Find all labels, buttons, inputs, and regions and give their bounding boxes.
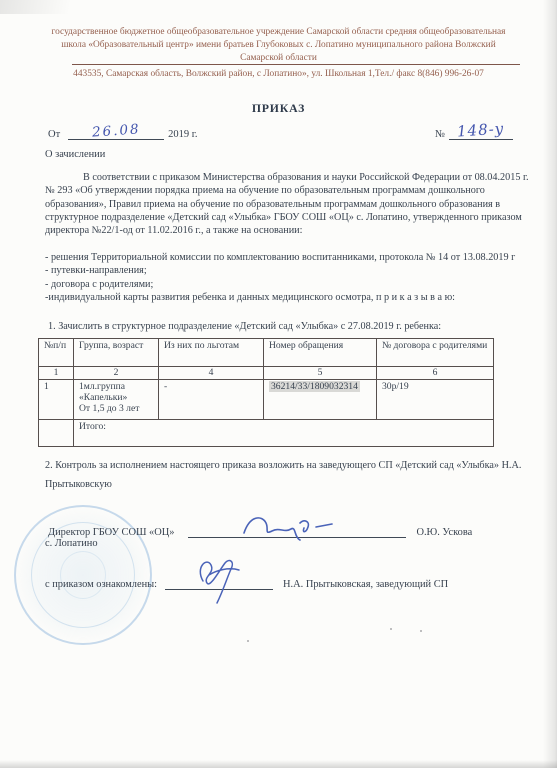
application-number-value: 36214/33/1809032314 [269, 381, 360, 392]
page-edge-shadow-right [543, 0, 557, 768]
total-label-cell: Итого: [74, 420, 494, 447]
acknowledgment-signature-scribble-icon [189, 553, 249, 605]
table-header-cell: № договора с родителями [377, 339, 494, 367]
scan-speck [390, 628, 392, 630]
number-prefix-label: № [435, 129, 445, 140]
table-column-number-row: 1 2 4 5 6 [39, 367, 494, 380]
enrollment-table: №п/п Группа, возраст Из них по льготам Н… [38, 338, 494, 447]
basis-list: - решения Территориальной комиссии по ко… [45, 251, 531, 304]
acknowledgment-label: с приказом ознакомлены: [45, 579, 157, 590]
scanned-order-document: государственное бюджетное общеобразовате… [0, 0, 557, 768]
column-number-cell: 2 [74, 367, 159, 380]
table-header-row: №п/п Группа, возраст Из них по льготам Н… [39, 339, 494, 367]
basis-item: - договора с родителями; [45, 278, 531, 291]
date-prefix-label: От [48, 129, 60, 140]
director-signature-scribble-icon [236, 509, 356, 541]
document-title: ПРИКАЗ [0, 101, 557, 116]
column-number-cell: 4 [159, 367, 264, 380]
column-number-cell: 1 [39, 367, 74, 380]
table-header-cell: Группа, возраст [74, 339, 159, 367]
table-total-row: Итого: [39, 420, 494, 447]
director-name: О.Ю. Ускова [416, 527, 472, 538]
scan-speck [247, 640, 249, 642]
director-label: Директор ГБОУ СОШ «ОЦ» [48, 527, 174, 538]
handwritten-order-number: 148-у [457, 119, 506, 140]
date-year-label: 2019 г. [168, 129, 197, 140]
handwritten-date: 26.08 [91, 121, 141, 140]
address-contact-line: 443535, Самарская область, Волжский райо… [30, 69, 527, 79]
acknowledgment-name: Н.А. Прытыковская, заведующий СП [283, 579, 448, 590]
column-number-cell: 6 [377, 367, 494, 380]
acknowledgment-row: с приказом ознакомлены: Н.А. Прытыковска… [45, 576, 517, 590]
director-signature-line [188, 524, 406, 538]
director-location: с. Лопатино [45, 538, 98, 549]
contract-number-cell: 30р/19 [377, 380, 494, 420]
row-number-cell: 1 [39, 380, 74, 420]
date-underline: 26.08 [68, 123, 164, 140]
table-header-cell: Номер обращения [264, 339, 377, 367]
group-age-cell: 1мл.группа «Капельки» От 1,5 до 3 лет [74, 380, 159, 420]
privileges-cell: - [159, 380, 264, 420]
director-signature-row: Директор ГБОУ СОШ «ОЦ» О.Ю. Ускова [48, 524, 517, 538]
preamble-paragraph: В соответствии с приказом Министерства о… [45, 171, 529, 237]
table-header-cell: Из них по льготам [159, 339, 264, 367]
acknowledgment-signature-line [165, 576, 273, 590]
subject-line: О зачислении [45, 149, 105, 160]
letterhead-divider-line [72, 64, 520, 65]
scan-speck [420, 630, 422, 632]
column-number-cell: 5 [264, 367, 377, 380]
basis-item: - решения Территориальной комиссии по ко… [45, 251, 531, 264]
table-header-cell: №п/п [39, 339, 74, 367]
application-number-cell: 36214/33/1809032314 [264, 380, 377, 420]
order-item-1: 1. Зачислить в структурное подразделение… [48, 321, 540, 332]
organization-letterhead: государственное бюджетное общеобразовате… [40, 26, 517, 65]
basis-item: -индивидуальной карты развития ребенка и… [45, 291, 531, 304]
total-empty-cell [39, 420, 74, 447]
table-data-row: 1 1мл.группа «Капельки» От 1,5 до 3 лет … [39, 380, 494, 420]
order-item-2: 2. Контроль за исполнением настоящего пр… [45, 456, 537, 494]
scan-smudge [0, 0, 100, 14]
page-edge-shadow-bottom [0, 760, 557, 768]
date-number-row: От 26.08 2019 г. № 148-у [48, 121, 513, 140]
basis-item: - путевки-направления; [45, 264, 531, 277]
number-underline: 148-у [449, 121, 513, 140]
